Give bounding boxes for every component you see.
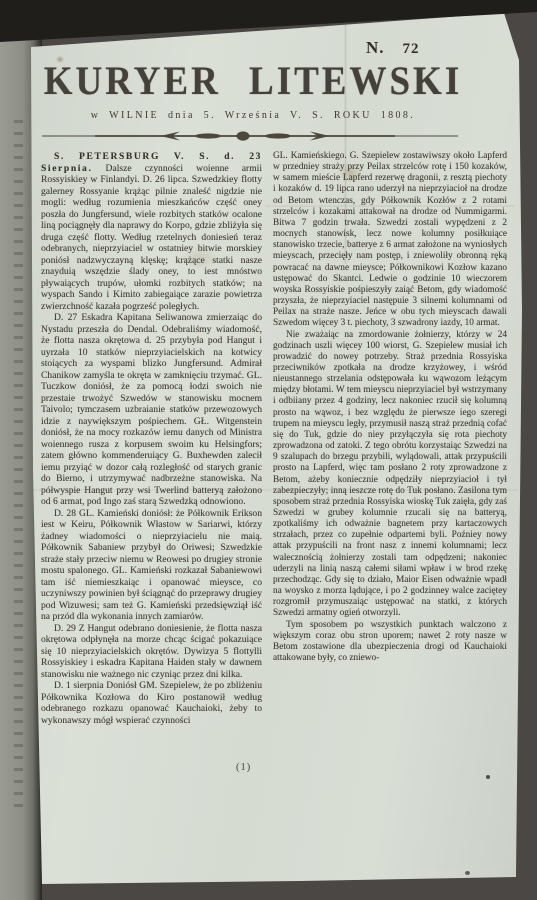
paragraph: S. PETERSBURG V. S. d. 23 Sierpnia. Dals… <box>41 151 262 312</box>
page-number: (1) <box>236 762 251 773</box>
paragraph: D. 29 Z Hangut odebrano doniesienie, że … <box>41 623 262 681</box>
newspaper-title: KURYER LITEWSKI <box>36 58 470 104</box>
ornament-divider <box>40 127 460 143</box>
right-column: GL. Kamieńskiego. G. Szepielew zostawiws… <box>273 151 507 779</box>
issue-number: N.72 <box>366 38 526 58</box>
paragraph-text: Dalsze czynności woienne armii Rossyiski… <box>41 163 262 312</box>
paragraph: D. 1 sierpnia Doniósł GM. Szepielew, że … <box>41 680 262 726</box>
dateline: w WILNIE dnia 5. Września V. S. ROKU 180… <box>36 110 470 121</box>
scanned-newspaper-page: N.72 KURYER LITEWSKI w WILNIE dnia 5. Wr… <box>0 0 537 900</box>
paragraph: D. 28 GL. Kamieński doniósł: że Półkowni… <box>41 508 262 623</box>
paragraph: D. 27 Eskadra Kapitana Seliwanowa zmierz… <box>41 312 262 508</box>
issue-value: 72 <box>403 41 420 57</box>
paragraph: Nie zważaiąc na zmordowanie żołnierzy, k… <box>273 330 507 620</box>
paragraph: Tym sposobem po wszystkich punktach walc… <box>273 620 507 665</box>
adjacent-page-text-fragments <box>14 120 23 810</box>
issue-label: N. <box>366 38 385 57</box>
article-columns: S. PETERSBURG V. S. d. 23 Sierpnia. Dals… <box>41 151 507 779</box>
paragraph: GL. Kamieńskiego. G. Szepielew zostawiws… <box>273 151 507 330</box>
left-column: S. PETERSBURG V. S. d. 23 Sierpnia. Dals… <box>41 151 262 779</box>
ink-speck <box>465 871 470 875</box>
newspaper-sheet: N.72 KURYER LITEWSKI w WILNIE dnia 5. Wr… <box>0 0 537 900</box>
